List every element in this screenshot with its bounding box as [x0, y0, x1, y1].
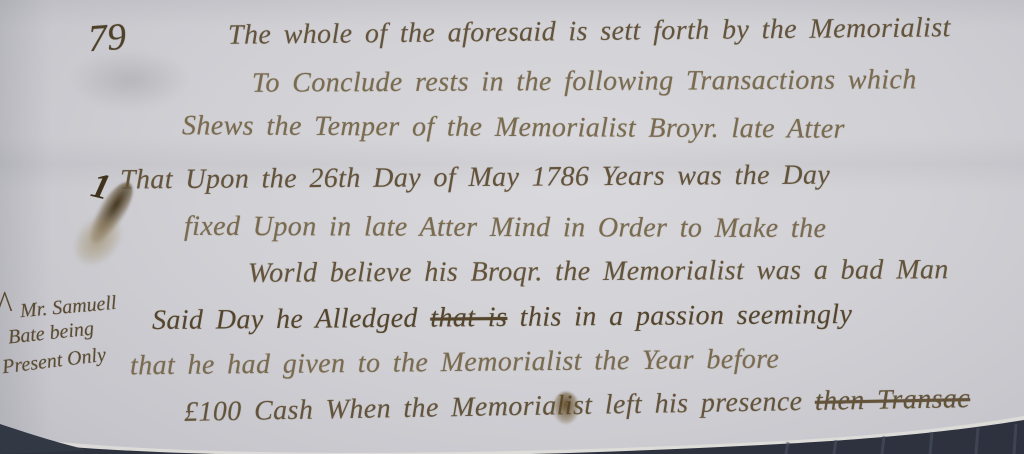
manuscript-line: World believe his Broqr. the Memorialist… [248, 254, 949, 290]
margin-note-line: Present Only [1, 344, 107, 380]
manuscript-page: 79 The whole of the aforesaid is sett fo… [0, 0, 1024, 454]
backing-corner [0, 424, 88, 454]
struck-text: then Transac [815, 383, 971, 417]
paper-stain [70, 50, 190, 110]
page-number: 79 [87, 15, 128, 62]
margin-note-line: Mr. Samuell [19, 292, 117, 323]
manuscript-line: £100 Cash When the Memorialist left his … [184, 383, 971, 429]
line-text: Said Day he Alledged [152, 303, 431, 336]
caret-mark: ^ [0, 284, 10, 330]
manuscript-line: that he had given to the Memorialist the… [130, 344, 780, 383]
manuscript-line: Said Day he Alledged that is this in a p… [152, 299, 853, 337]
manuscript-line: fixed Upon in late Atter Mind in Order t… [184, 211, 826, 245]
backing-seams [786, 424, 1016, 454]
manuscript-line: The whole of the aforesaid is sett forth… [228, 12, 951, 52]
margin-item-marker: 1 [87, 163, 115, 208]
struck-text: that is [430, 302, 507, 334]
ink-smudge [65, 206, 132, 275]
manuscript-line: That Upon the 26th Day of May 1786 Years… [120, 160, 830, 197]
line-text: this in a passion seemingly [507, 299, 852, 333]
manuscript-line: To Conclude rests in the following Trans… [252, 64, 917, 99]
backing-surface [0, 420, 1024, 454]
manuscript-line: Shews the Temper of the Memorialist Broy… [182, 110, 845, 145]
line-text: £100 Cash When the Memorialist left his … [184, 386, 815, 428]
